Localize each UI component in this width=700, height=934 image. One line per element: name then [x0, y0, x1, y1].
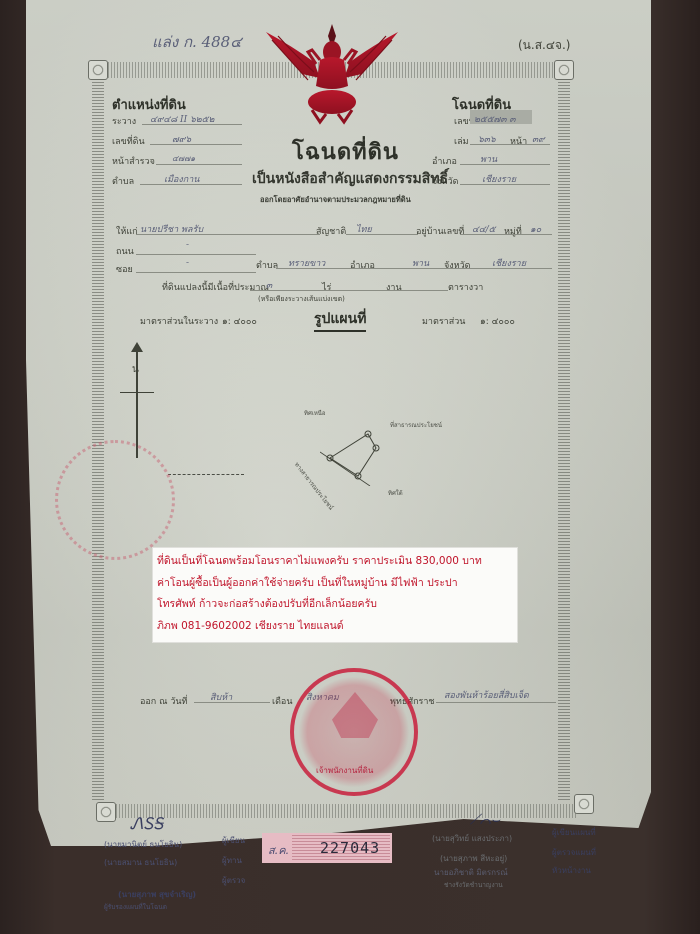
right-border-pattern [558, 80, 570, 800]
official-red-seal-stamp: เจ้าพนักงานที่ดิน [290, 668, 418, 796]
map-title: รูปแผนที่ [314, 308, 366, 332]
sale-notice-line-3: โทรศัพท์ ก้าวจะก่อสร้างต้องปรับที่อีกเล็… [157, 594, 513, 616]
right-signatory-2-role: ผู้ตรวจแผนที่ [552, 846, 596, 859]
left-border-pattern [92, 80, 104, 800]
map-label-south: ทิศใต้ [388, 488, 403, 498]
right-footer-caption: ช่างรังวัดชำนาญงาน [444, 880, 503, 890]
left-footer-caption: ผู้รับรองแผนที่ในโฉนด [104, 902, 167, 912]
signature-map-writer: ⟋⌒⌣ [470, 812, 500, 828]
area-label: ที่ดินแปลงนี้มีเนื้อที่ประมาณ [162, 280, 269, 294]
north-label: น [132, 362, 139, 377]
soi-value: - [186, 258, 189, 268]
corner-ornament [554, 60, 574, 80]
left-signatory-3-role: ผู้ตรวจ [222, 874, 245, 887]
scale-left-value: ๑: ๔๐๐๐ [222, 314, 257, 328]
right-signatory-2-name: (นายสุภาพ สีหะอยู่) [440, 852, 507, 865]
right-signatory-1-role: ผู้เขียนแผนที่ [552, 826, 596, 839]
owner-prefix: ให้แก่ [116, 224, 138, 238]
month-label: เดือน [272, 694, 292, 708]
field-label-amphoe: อำเภอ [432, 154, 457, 168]
road-value: - [186, 240, 189, 250]
issue-prefix: ออก ณ วันที่ [140, 694, 187, 708]
handwritten-reference: แล่ง ก. 488๔ [152, 30, 242, 54]
left-signatory-2-role: ผู้ทาน [222, 854, 242, 867]
field-label-tambon: ตำบล [112, 174, 134, 188]
road-label: ถนน [116, 244, 134, 258]
corner-ornament [96, 802, 116, 822]
right-signatory-1-name: (นายสุวิทย์ แสงประภา) [432, 832, 512, 845]
left-signatory-2-name: (นายสมาน ธนโยธิน) [104, 856, 177, 869]
deed-subtitle: เป็นหนังสือสำคัญแสดงกรรมสิทธิ์ [252, 168, 448, 190]
province-label: จังหวัด [444, 258, 471, 272]
address-label: อยู่บ้านเลขที่ [416, 224, 464, 238]
deed-main-title: โฉนดที่ดิน [292, 134, 399, 169]
field-value-deed-number: ๒๕๕๗๓ ๓ [474, 112, 516, 126]
moo-label: หมู่ที่ [504, 224, 522, 238]
scale-right-value: ๑: ๔๐๐๐ [480, 314, 515, 328]
stamp-text: เจ้าพนักงานที่ดิน [316, 764, 373, 777]
ngan-label: งาน [386, 280, 402, 294]
scale-right-label: มาตราส่วน [422, 314, 465, 328]
field-label-rawang: ระวาง [112, 114, 136, 128]
form-code: (น.ส.๔จ.) [518, 36, 570, 55]
wa-label: ตารางวา [448, 280, 483, 294]
left-signatory-3-name: (นายสุภาพ สุขจำเริญ) [118, 888, 196, 901]
tambon-label: ตำบล [256, 258, 278, 272]
nationality-label: สัญชาติ [316, 224, 346, 238]
sale-notice-overlay: ที่ดินเป็นที่โฉนดพร้อมโอนราคาไม่แพงครับ … [152, 547, 518, 643]
sale-notice-line-4: ภิภพ 081-9602002 เชียงราย ไทยแลนด์ [157, 616, 513, 638]
bottom-border-pattern [116, 804, 576, 818]
corner-ornament [574, 794, 594, 814]
serial-number-box: ส.ค. 227043 [262, 833, 392, 863]
land-parcel-drawing [320, 418, 400, 486]
amphoe-label: อำเภอ [350, 258, 375, 272]
field-label-volume: เล่ม [454, 134, 469, 148]
issue-year: สองพันห้าร้อยสี่สิบเจ็ด [444, 688, 529, 702]
serial-number: 227043 [320, 839, 380, 857]
soi-label: ซอย [116, 262, 133, 276]
deed-legal-basis: ออกโดยอาศัยอำนาจตามประมวลกฎหมายที่ดิน [260, 194, 411, 206]
left-signatory-1-role: ผู้เขียน [222, 834, 245, 847]
left-signatory-1-name: (นายมานิตย์ ธนโยธิน) [104, 838, 182, 851]
map-label-north: ทิศเหนือ [304, 408, 325, 418]
faint-seal-stamp [55, 440, 175, 560]
field-label-land-number: เลขที่ดิน [112, 134, 145, 148]
area-note: (หรือเพียงระวางเส้นแบ่งเขต) [258, 294, 345, 305]
garuda-emblem-icon [262, 22, 402, 126]
rai-label: ไร่ [322, 280, 331, 294]
corner-ornament [88, 60, 108, 80]
signature-writer: ᏁᏚᎦ [130, 814, 163, 834]
serial-prefix: ส.ค. [268, 841, 289, 859]
right-signatory-3-role: หัวหน้างาน [552, 864, 591, 877]
field-label-survey-page: หน้าสำรวจ [112, 154, 155, 168]
sale-notice-line-2: ค่าโอนผู้ซื้อเป็นผู้ออกค่าใช้จ่ายครับ เป… [157, 573, 513, 595]
sale-notice-line-1: ที่ดินเป็นที่โฉนดพร้อมโอนราคาไม่แพงครับ … [157, 551, 513, 573]
scale-left-label: มาตราส่วนในระวาง [140, 314, 218, 328]
field-label-page: หน้า [510, 134, 527, 148]
right-signatory-3-name: นายอภิชาติ มิตรกรณ์ [434, 866, 508, 879]
